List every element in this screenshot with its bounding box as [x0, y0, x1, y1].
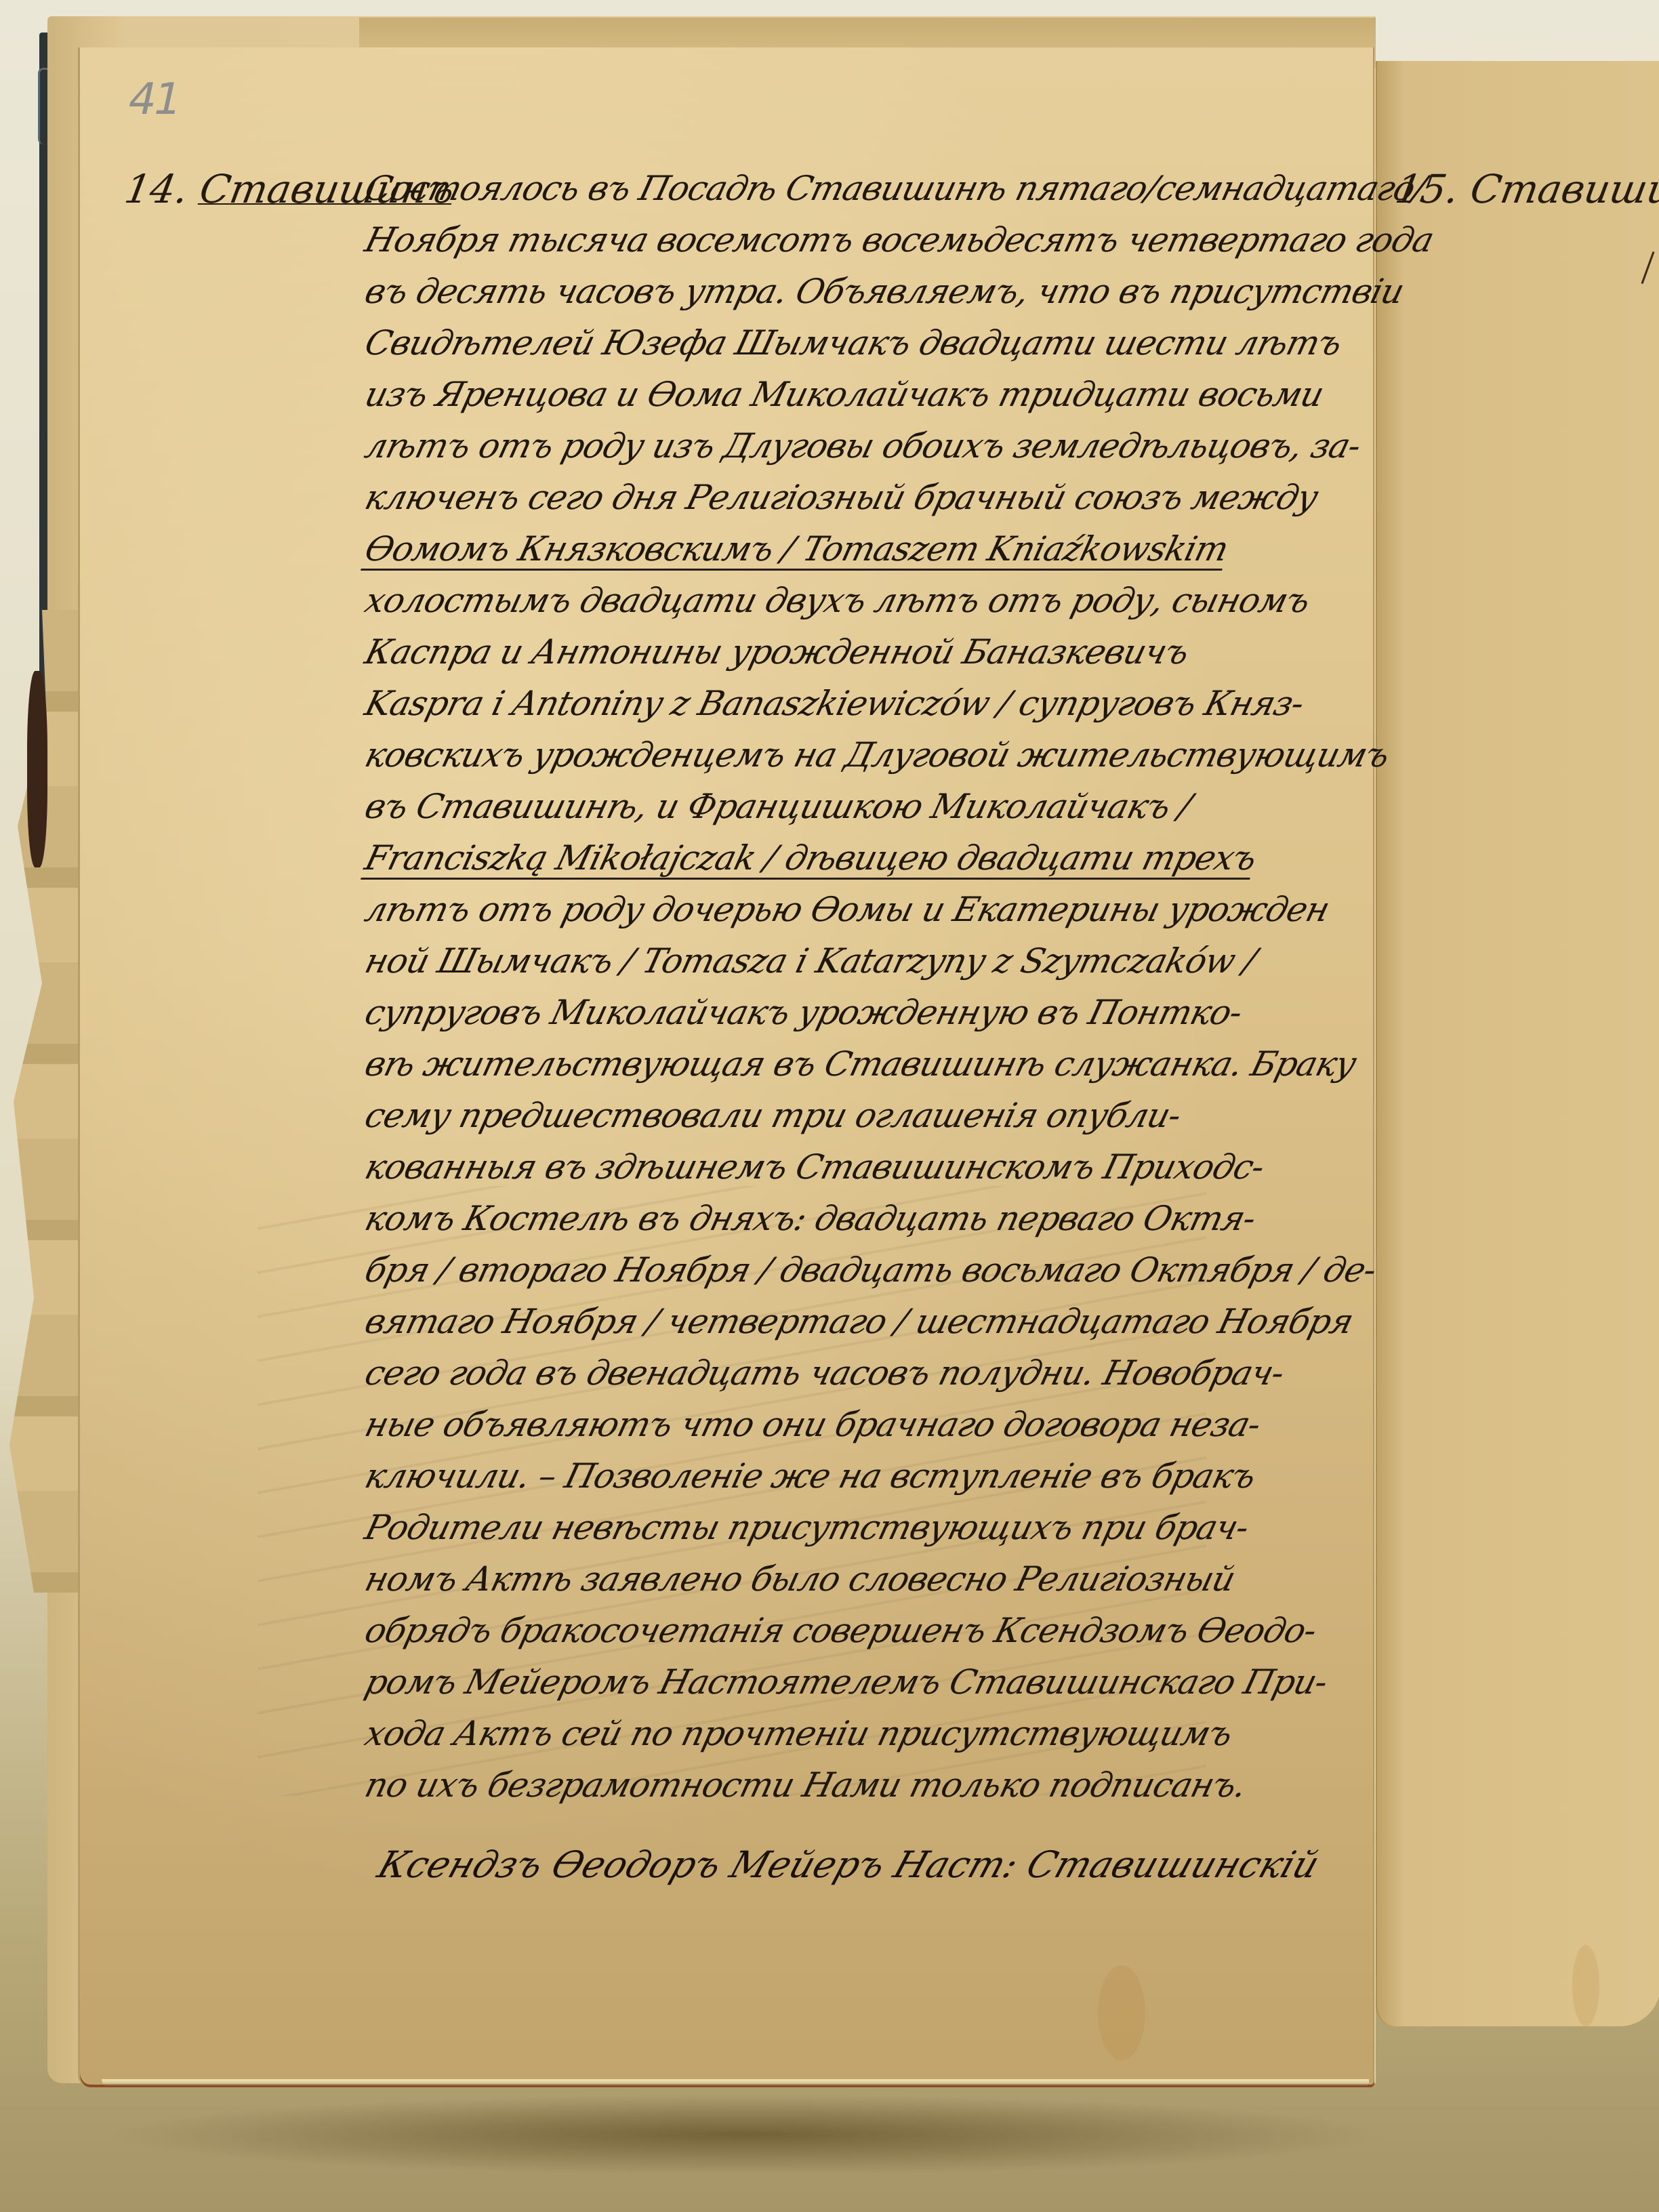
record-line: супруговъ Миколайчакъ урожденную въ Понт…: [360, 987, 1376, 1038]
page-shadow: [102, 2094, 1389, 2175]
groom-name: Ѳомомъ Князковскимъ / Tomaszem Kniaźkows…: [361, 529, 1232, 571]
right-page: [1376, 61, 1659, 2026]
record-line: обрядъ бракосочетанія совершенъ Ксендзом…: [360, 1605, 1376, 1656]
record-line: по ихъ безграмотности Нами только подпис…: [360, 1759, 1376, 1811]
record-line: кованныя въ здѣшнемъ Ставишинскомъ Прихо…: [360, 1141, 1376, 1193]
next-entry-place: Ставишинъ: [1467, 166, 1659, 212]
record-body: Состоялось въ Посадѣ Ставишинѣ пятаго/се…: [366, 163, 1369, 1811]
record-line: Родители невѣсты присутствующихъ при бра…: [360, 1502, 1376, 1553]
record-line: номъ Актѣ заявлено было словесно Религіо…: [360, 1553, 1376, 1605]
record-line: въ Ставишинѣ, и Францишкою Миколайчакъ /: [360, 781, 1376, 832]
next-entry-number: 15.: [1392, 166, 1462, 212]
record-line: лѣтъ отъ роду дочерью Ѳомы и Екатерины у…: [360, 884, 1376, 935]
record-line: Свидѣтелей Юзефа Шымчакъ двадцати шести …: [360, 317, 1376, 369]
torn-gap: [27, 671, 47, 867]
record-line: Ноября тысяча восемсотъ восемьдесятъ чет…: [360, 214, 1376, 266]
record-line-bride: Franciszką Mikołajczak / дѣвицею двадцат…: [360, 832, 1376, 884]
record-line-groom: Ѳомомъ Князковскимъ / Tomaszem Kniaźkows…: [360, 523, 1376, 575]
record-line: Каспра и Антонины урожденной Баназкевичъ: [360, 626, 1376, 678]
record-line: ковскихъ урожденцемъ на Длуговой жительс…: [360, 729, 1376, 781]
record-line: Состоялось въ Посадѣ Ставишинѣ пятаго/се…: [360, 163, 1376, 214]
record-line: вятаго Ноября / четвертаго / шестнадцата…: [360, 1296, 1376, 1347]
record-line: вѣ жительствующая въ Ставишинѣ служанка.…: [360, 1038, 1376, 1090]
record-line: ромъ Мейеромъ Настоятелемъ Ставишинскаго…: [360, 1656, 1376, 1708]
record-line: изъ Яренцова и Ѳома Миколайчакъ тридцати…: [360, 369, 1376, 420]
next-entry-heading: 15. Ставишинъ: [1392, 166, 1659, 212]
record-line: Kaspra i Antoniny z Banaszkiewiczów / су…: [360, 678, 1376, 729]
record-line: бря / втораго Ноября / двадцать восьмаго…: [360, 1244, 1376, 1296]
entry-number: 14.: [121, 166, 192, 212]
bride-name: Franciszką Mikołajczak / дѣвицею двадцат…: [361, 838, 1261, 880]
priest-signature: Ксендзъ Ѳеодоръ Мейеръ Наст: Ставишинскі…: [373, 1843, 1325, 1886]
record-line: ключенъ сего дня Религіозный брачный сою…: [360, 472, 1376, 523]
paper-stain: [1098, 1965, 1145, 2060]
record-line: ные объявляютъ что они брачнаго договора…: [360, 1399, 1376, 1450]
record-line: хода Актъ сей по прочтеніи присутствующи…: [360, 1708, 1376, 1759]
record-line: сего года въ двенадцать часовъ полудни. …: [360, 1347, 1376, 1399]
record-line: холостымъ двадцати двухъ лѣтъ отъ роду, …: [360, 575, 1376, 626]
record-line: въ десять часовъ утра. Объявляемъ, что в…: [360, 266, 1376, 317]
folio-number: 41: [123, 75, 184, 125]
record-line: сему предшествовали три оглашенія опубли…: [360, 1090, 1376, 1141]
record-line: лѣтъ отъ роду изъ Длуговы обоихъ земледѣ…: [360, 420, 1376, 472]
record-line: комъ Костелѣ въ дняхъ: двадцать перваго …: [360, 1193, 1376, 1244]
paper-stain: [1572, 1945, 1599, 2026]
record-line: ной Шымчакъ / Tomasza i Katarzyny z Szym…: [360, 935, 1376, 987]
record-line: ключили. – Позволеніе же на вступленіе в…: [360, 1450, 1376, 1502]
page-bottom-edge: [102, 2079, 1369, 2086]
